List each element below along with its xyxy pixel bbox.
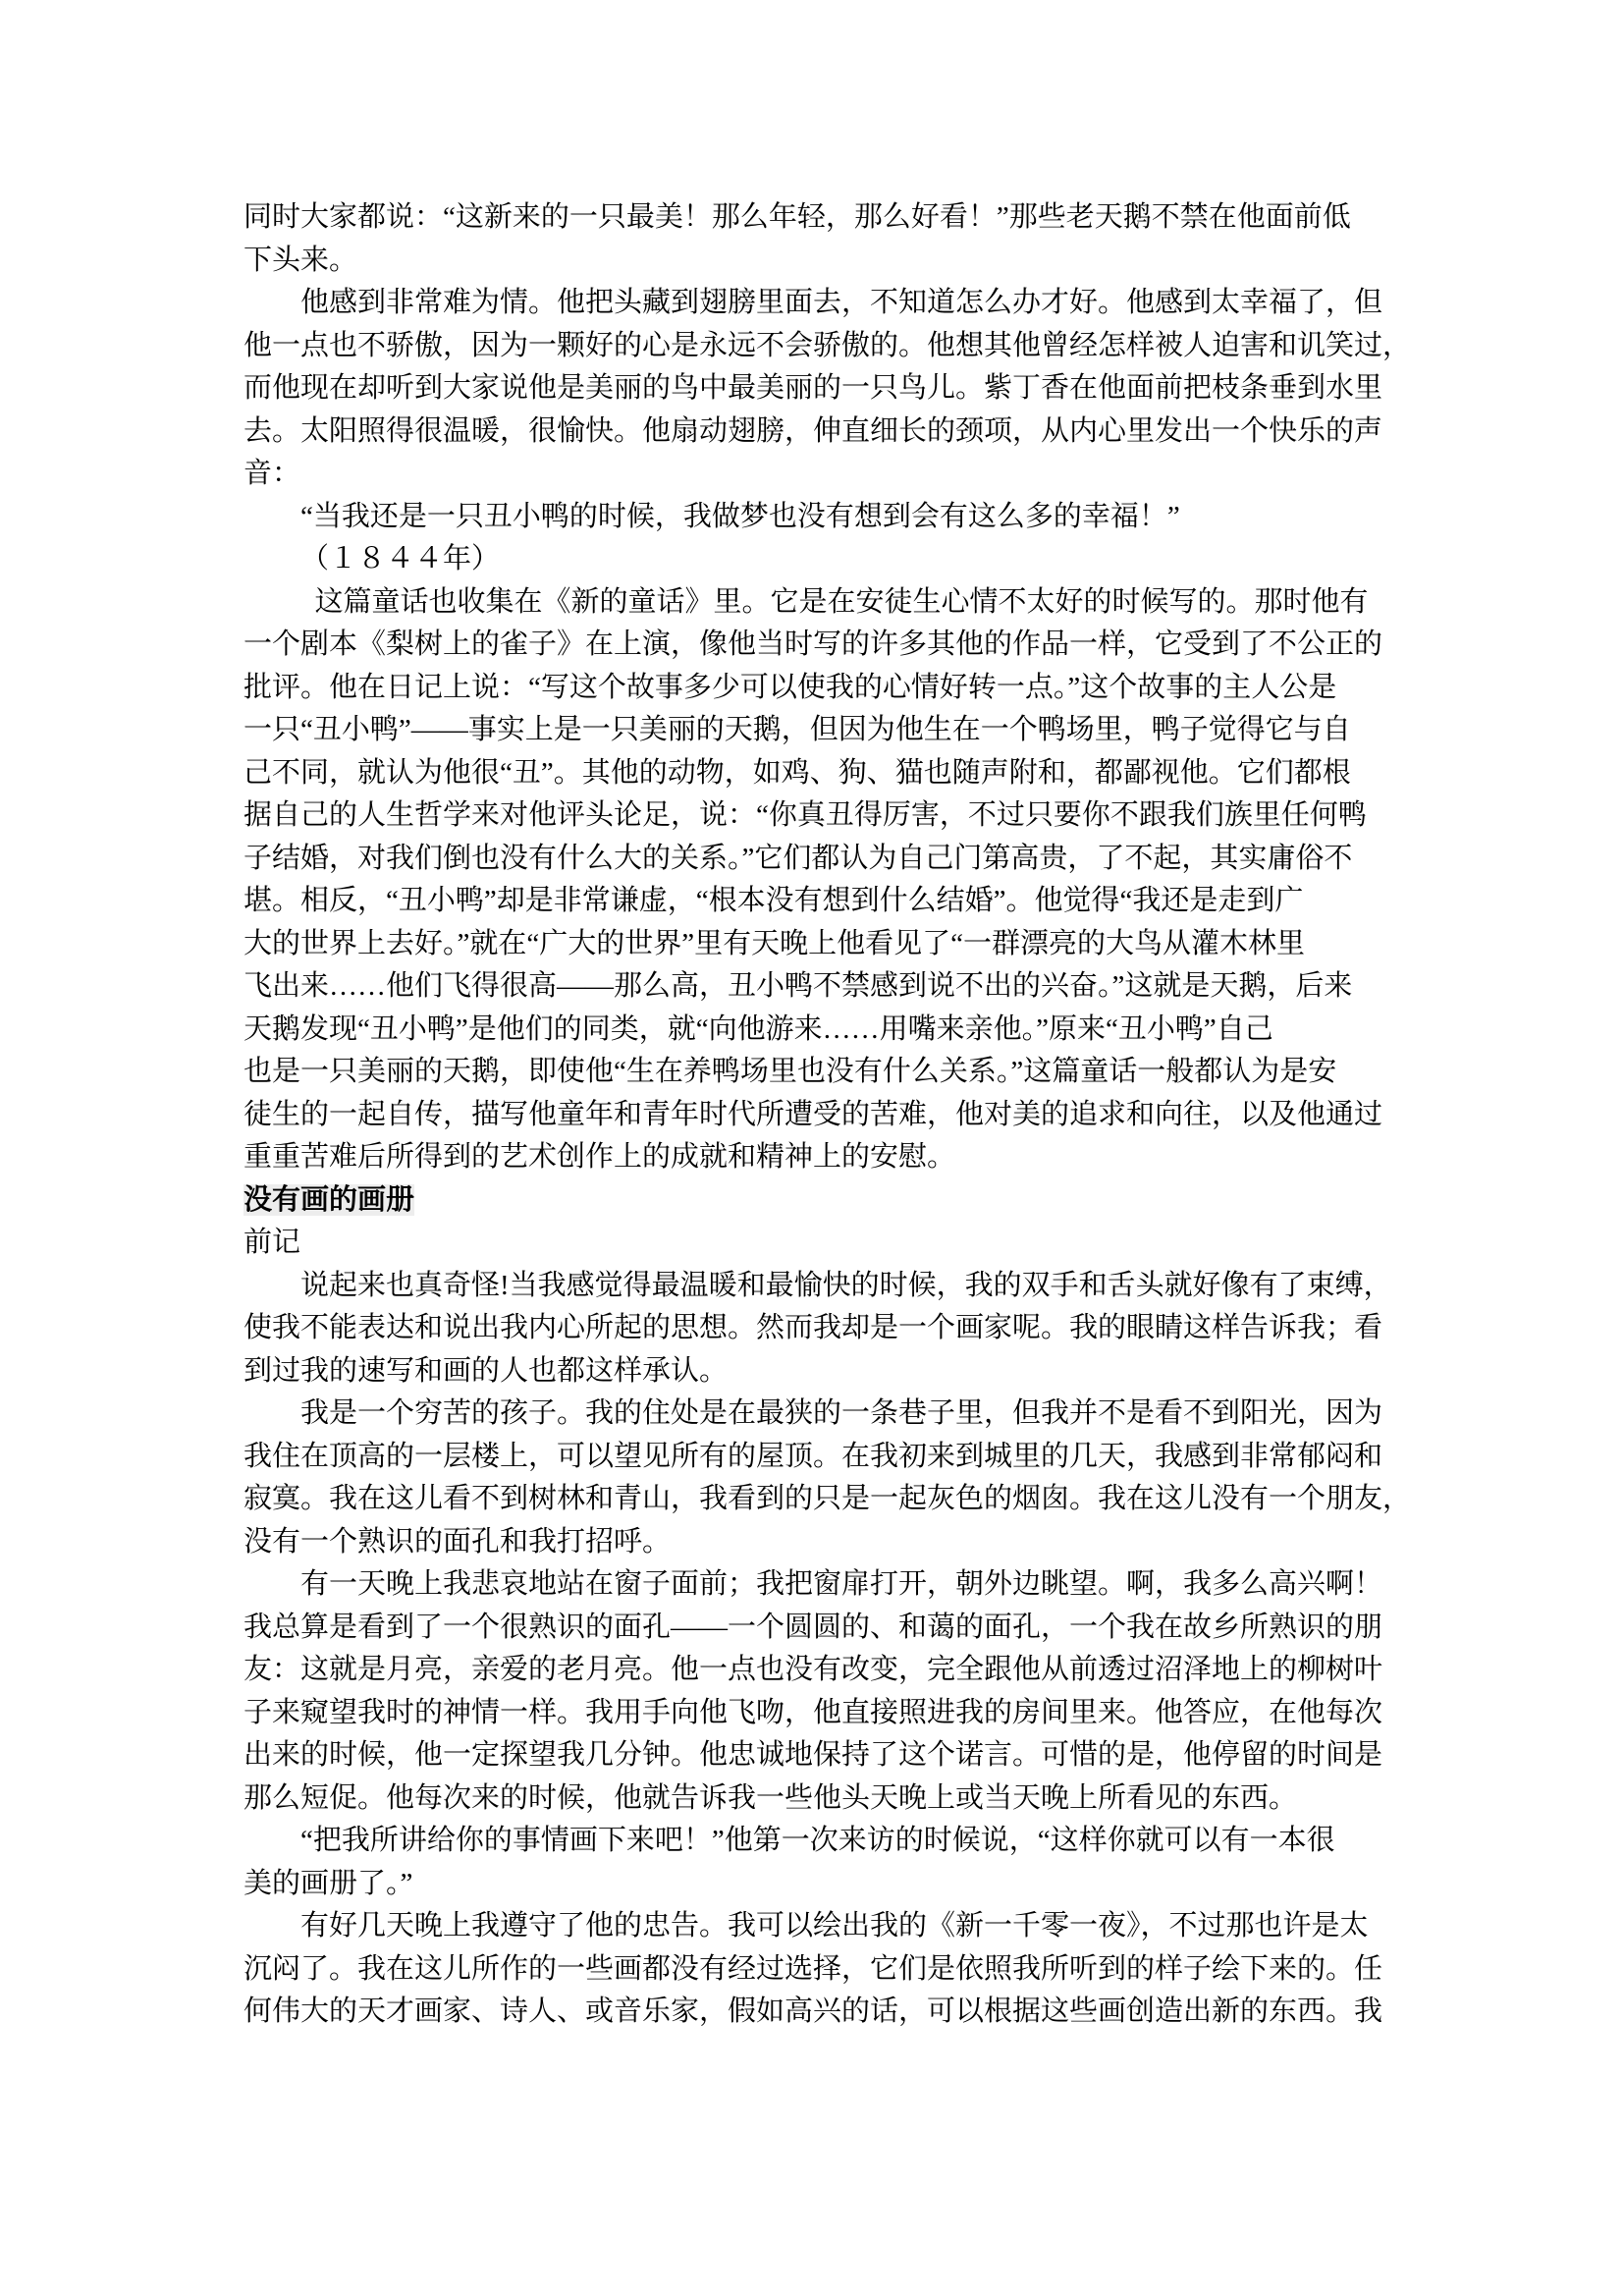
text-line: 何伟大的天才画家、诗人、或音乐家，假如高兴的话，可以根据这些画创造出新的东西。我 (243, 1991, 1397, 2034)
preface-heading: 前记 (243, 1222, 1397, 1265)
text-line: 没有一个熟识的面孔和我打招呼。 (243, 1521, 1397, 1564)
text-line-content: 飞出来……他们飞得很高——那么高，丑小鸭不禁感到说不出的兴奋。”这就是天鹅，后来 (243, 970, 1352, 1002)
text-line-content: 友：这就是月亮，亲爱的老月亮。他一点也没有改变，完全跟他从前透过沼泽地上的柳树叶 (243, 1654, 1382, 1685)
text-line: “把我所讲给你的事情画下来吧！”他第一次来访的时候说，“这样你就可以有一本很 (243, 1820, 1397, 1863)
section-title: 没有画的画册 (243, 1179, 1397, 1223)
text-line-content: 重重苦难后所得到的艺术创作上的成就和精神上的安慰。 (243, 1141, 955, 1173)
text-line-content: （１８４４年） (300, 543, 500, 574)
text-line: 有好几天晚上我遵守了他的忠告。我可以绘出我的《新一千零一夜》，不过那也许是太 (243, 1905, 1397, 1948)
section-title-text: 没有画的画册 (243, 1184, 414, 1216)
text-line: 去。太阳照得很温暖，很愉快。他扇动翅膀，伸直细长的颈项，从内心里发出一个快乐的声 (243, 410, 1397, 454)
text-line-content: 堪。相反，“丑小鸭”却是非常谦虚，“根本没有想到什么结婚”。他觉得“我还是走到广 (243, 885, 1303, 916)
text-line-content: “把我所讲给你的事情画下来吧！”他第一次来访的时候说，“这样你就可以有一本很 (300, 1825, 1335, 1856)
text-line: 下头来。 (243, 240, 1397, 283)
text-line: 出来的时候，他一定探望我几分钟。他忠诚地保持了这个诺言。可惜的是，他停留的时间是 (243, 1734, 1397, 1777)
text-line: 友：这就是月亮，亲爱的老月亮。他一点也没有改变，完全跟他从前透过沼泽地上的柳树叶 (243, 1649, 1397, 1692)
text-line: 大的世界上去好。”就在“广大的世界”里有天晚上他看见了“一群漂亮的大鸟从灌木林里 (243, 923, 1397, 966)
text-line: 我住在顶高的一层楼上，可以望见所有的屋顶。在我初来到城里的几天，我感到非常郁闷和 (243, 1436, 1397, 1479)
text-block: 同时大家都说：“这新来的一只最美！那么年轻，那么好看！”那些老天鹅不禁在他面前低… (243, 196, 1397, 2034)
text-line-content: 大的世界上去好。”就在“广大的世界”里有天晚上他看见了“一群漂亮的大鸟从灌木林里 (243, 928, 1305, 959)
text-line-content: 使我不能表达和说出我内心所起的思想。然而我却是一个画家呢。我的眼睛这样告诉我；看 (243, 1312, 1382, 1343)
text-line-content: 徒生的一起自传，描写他童年和青年时代所遭受的苦难，他对美的追求和向往，以及他通过 (243, 1099, 1382, 1130)
text-line-content: “当我还是一只丑小鸭的时候，我做梦也没有想到会有这么多的幸福！” (300, 501, 1180, 532)
text-line-content: 出来的时候，他一定探望我几分钟。他忠诚地保持了这个诺言。可惜的是，他停留的时间是 (243, 1739, 1382, 1771)
text-line: 说起来也真奇怪!当我感觉得最温暖和最愉快的时候，我的双手和舌头就好像有了束缚， (243, 1265, 1397, 1308)
text-line-content: 我是一个穷苦的孩子。我的住处是在最狭的一条巷子里，但我并不是看不到阳光，因为 (300, 1397, 1382, 1429)
text-line-content: 据自己的人生哲学来对他评头论足，说：“你真丑得厉害，不过只要你不跟我们族里任何鸭 (243, 799, 1367, 831)
text-line: 使我不能表达和说出我内心所起的思想。然而我却是一个画家呢。我的眼睛这样告诉我；看 (243, 1307, 1397, 1350)
text-line-content: 他感到非常难为情。他把头藏到翅膀里面去，不知道怎么办才好。他感到太幸福了，但 (300, 287, 1382, 318)
text-line-content: 何伟大的天才画家、诗人、或音乐家，假如高兴的话，可以根据这些画创造出新的东西。我 (243, 1995, 1382, 2027)
text-line: 我是一个穷苦的孩子。我的住处是在最狭的一条巷子里，但我并不是看不到阳光，因为 (243, 1393, 1397, 1436)
text-line: 堪。相反，“丑小鸭”却是非常谦虚，“根本没有想到什么结婚”。他觉得“我还是走到广 (243, 880, 1397, 923)
text-line-content: 美的画册了。” (243, 1868, 412, 1899)
text-line-content: 己不同，就认为他很“丑”。其他的动物，如鸡、狗、猫也随声附和，都鄙视他。它们都根 (243, 757, 1351, 789)
text-line: 他一点也不骄傲，因为一颗好的心是永远不会骄傲的。他想其他曾经怎样被人迫害和讥笑过… (243, 325, 1397, 368)
text-line: 据自己的人生哲学来对他评头论足，说：“你真丑得厉害，不过只要你不跟我们族里任何鸭 (243, 794, 1397, 838)
text-line-content: 子来窥望我时的神情一样。我用手向他飞吻，他直接照进我的房间里来。他答应，在他每次 (243, 1697, 1382, 1728)
text-line: 子结婚，对我们倒也没有什么大的关系。”它们都认为自己门第高贵，了不起，其实庸俗不 (243, 838, 1397, 881)
text-line: 徒生的一起自传，描写他童年和青年时代所遭受的苦难，他对美的追求和向往，以及他通过 (243, 1094, 1397, 1137)
text-line-content: 这篇童话也收集在《新的童话》里。它是在安徒生心情不太好的时候写的。那时他有 (315, 586, 1369, 618)
text-line: 飞出来……他们飞得很高——那么高，丑小鸭不禁感到说不出的兴奋。”这就是天鹅，后来 (243, 965, 1397, 1009)
text-line: 批评。他在日记上说：“写这个故事多少可以使我的心情好转一点。”这个故事的主人公是 (243, 667, 1397, 710)
preface-heading-text: 前记 (243, 1227, 300, 1258)
text-line-content: 也是一只美丽的天鹅，即使他“生在养鸭场里也没有什么关系。”这篇童话一般都认为是安 (243, 1056, 1336, 1087)
text-line-content: 一只“丑小鸭”——事实上是一只美丽的天鹅，但因为他生在一个鸭场里，鸭子觉得它与自 (243, 714, 1351, 745)
text-line-content: 有好几天晚上我遵守了他的忠告。我可以绘出我的《新一千零一夜》，不过那也许是太 (300, 1910, 1369, 1941)
text-line: 这篇童话也收集在《新的童话》里。它是在安徒生心情不太好的时候写的。那时他有 (243, 581, 1397, 625)
text-line: 一个剧本《梨树上的雀子》在上演，像他当时写的许多其他的作品一样，它受到了不公正的 (243, 624, 1397, 667)
text-line: 天鹅发现“丑小鸭”是他们的同类，就“向他游来……用嘴来亲他。”原来“丑小鸭”自己 (243, 1009, 1397, 1052)
text-line: 一只“丑小鸭”——事实上是一只美丽的天鹅，但因为他生在一个鸭场里，鸭子觉得它与自 (243, 709, 1397, 752)
text-line-content: 有一天晚上我悲哀地站在窗子面前；我把窗扉打开，朝外边眺望。啊，我多么高兴啊！ (300, 1568, 1382, 1600)
text-line-content: 天鹅发现“丑小鸭”是他们的同类，就“向他游来……用嘴来亲他。”原来“丑小鸭”自己 (243, 1013, 1273, 1045)
text-line: 他感到非常难为情。他把头藏到翅膀里面去，不知道怎么办才好。他感到太幸福了，但 (243, 282, 1397, 325)
text-line: 也是一只美丽的天鹅，即使他“生在养鸭场里也没有什么关系。”这篇童话一般都认为是安 (243, 1051, 1397, 1094)
text-line: 重重苦难后所得到的艺术创作上的成就和精神上的安慰。 (243, 1136, 1397, 1179)
text-line-content: 我住在顶高的一层楼上，可以望见所有的屋顶。在我初来到城里的几天，我感到非常郁闷和 (243, 1441, 1382, 1472)
text-line-content: 他一点也不骄傲，因为一颗好的心是永远不会骄傲的。他想其他曾经怎样被人迫害和讥笑过… (243, 330, 1411, 361)
text-line: “当我还是一只丑小鸭的时候，我做梦也没有想到会有这么多的幸福！” (243, 496, 1397, 539)
text-line: 而他现在却听到大家说他是美丽的鸟中最美丽的一只鸟儿。紫丁香在他面前把枝条垂到水里 (243, 367, 1397, 410)
text-line-content: 同时大家都说：“这新来的一只最美！那么年轻，那么好看！”那些老天鹅不禁在他面前低 (243, 201, 1351, 233)
text-line-content: 下头来。 (243, 245, 357, 276)
text-line: 寂寞。我在这儿看不到树林和青山，我看到的只是一起灰色的烟囱。我在这儿没有一个朋友… (243, 1478, 1397, 1521)
text-line: 同时大家都说：“这新来的一只最美！那么年轻，那么好看！”那些老天鹅不禁在他面前低 (243, 196, 1397, 240)
text-line-content: 一个剧本《梨树上的雀子》在上演，像他当时写的许多其他的作品一样，它受到了不公正的 (243, 629, 1382, 660)
text-line: 音： (243, 453, 1397, 496)
text-line: 美的画册了。” (243, 1863, 1397, 1906)
text-line-content: 子结婚，对我们倒也没有什么大的关系。”它们都认为自己门第高贵，了不起，其实庸俗不 (243, 843, 1352, 874)
text-line: 沉闷了。我在这儿所作的一些画都没有经过选择，它们是依照我所听到的样子绘下来的。任 (243, 1948, 1397, 1992)
text-line-content: 而他现在却听到大家说他是美丽的鸟中最美丽的一只鸟儿。紫丁香在他面前把枝条垂到水里 (243, 372, 1382, 404)
text-line: （１８４４年） (243, 538, 1397, 581)
document-page: 同时大家都说：“这新来的一只最美！那么年轻，那么好看！”那些老天鹅不禁在他面前低… (0, 0, 1623, 2296)
text-line-content: 批评。他在日记上说：“写这个故事多少可以使我的心情好转一点。”这个故事的主人公是 (243, 672, 1336, 703)
text-line-content: 说起来也真奇怪!当我感觉得最温暖和最愉快的时候，我的双手和舌头就好像有了束缚， (300, 1270, 1392, 1301)
text-line-content: 寂寞。我在这儿看不到树林和青山，我看到的只是一起灰色的烟囱。我在这儿没有一个朋友… (243, 1483, 1411, 1514)
text-line: 子来窥望我时的神情一样。我用手向他飞吻，他直接照进我的房间里来。他答应，在他每次 (243, 1692, 1397, 1735)
text-line-content: 去。太阳照得很温暖，很愉快。他扇动翅膀，伸直细长的颈项，从内心里发出一个快乐的声 (243, 415, 1382, 447)
text-line: 到过我的速写和画的人也都这样承认。 (243, 1350, 1397, 1394)
text-line-content: 我总算是看到了一个很熟识的面孔——一个圆圆的、和蔼的面孔，一个我在故乡所熟识的朋 (243, 1612, 1382, 1643)
text-line-content: 沉闷了。我在这儿所作的一些画都没有经过选择，它们是依照我所听到的样子绘下来的。任 (243, 1953, 1382, 1985)
text-line-content: 音： (243, 458, 300, 489)
text-line-content: 那么短促。他每次来的时候，他就告诉我一些他头天晚上或当天晚上所看见的东西。 (243, 1782, 1297, 1814)
text-line: 我总算是看到了一个很熟识的面孔——一个圆圆的、和蔼的面孔，一个我在故乡所熟识的朋 (243, 1607, 1397, 1650)
text-line-content: 没有一个熟识的面孔和我打招呼。 (243, 1526, 671, 1558)
text-line: 己不同，就认为他很“丑”。其他的动物，如鸡、狗、猫也随声附和，都鄙视他。它们都根 (243, 752, 1397, 795)
text-line-content: 到过我的速写和画的人也都这样承认。 (243, 1355, 728, 1387)
text-line: 那么短促。他每次来的时候，他就告诉我一些他头天晚上或当天晚上所看见的东西。 (243, 1777, 1397, 1821)
text-line: 有一天晚上我悲哀地站在窗子面前；我把窗扉打开，朝外边眺望。啊，我多么高兴啊！ (243, 1563, 1397, 1607)
